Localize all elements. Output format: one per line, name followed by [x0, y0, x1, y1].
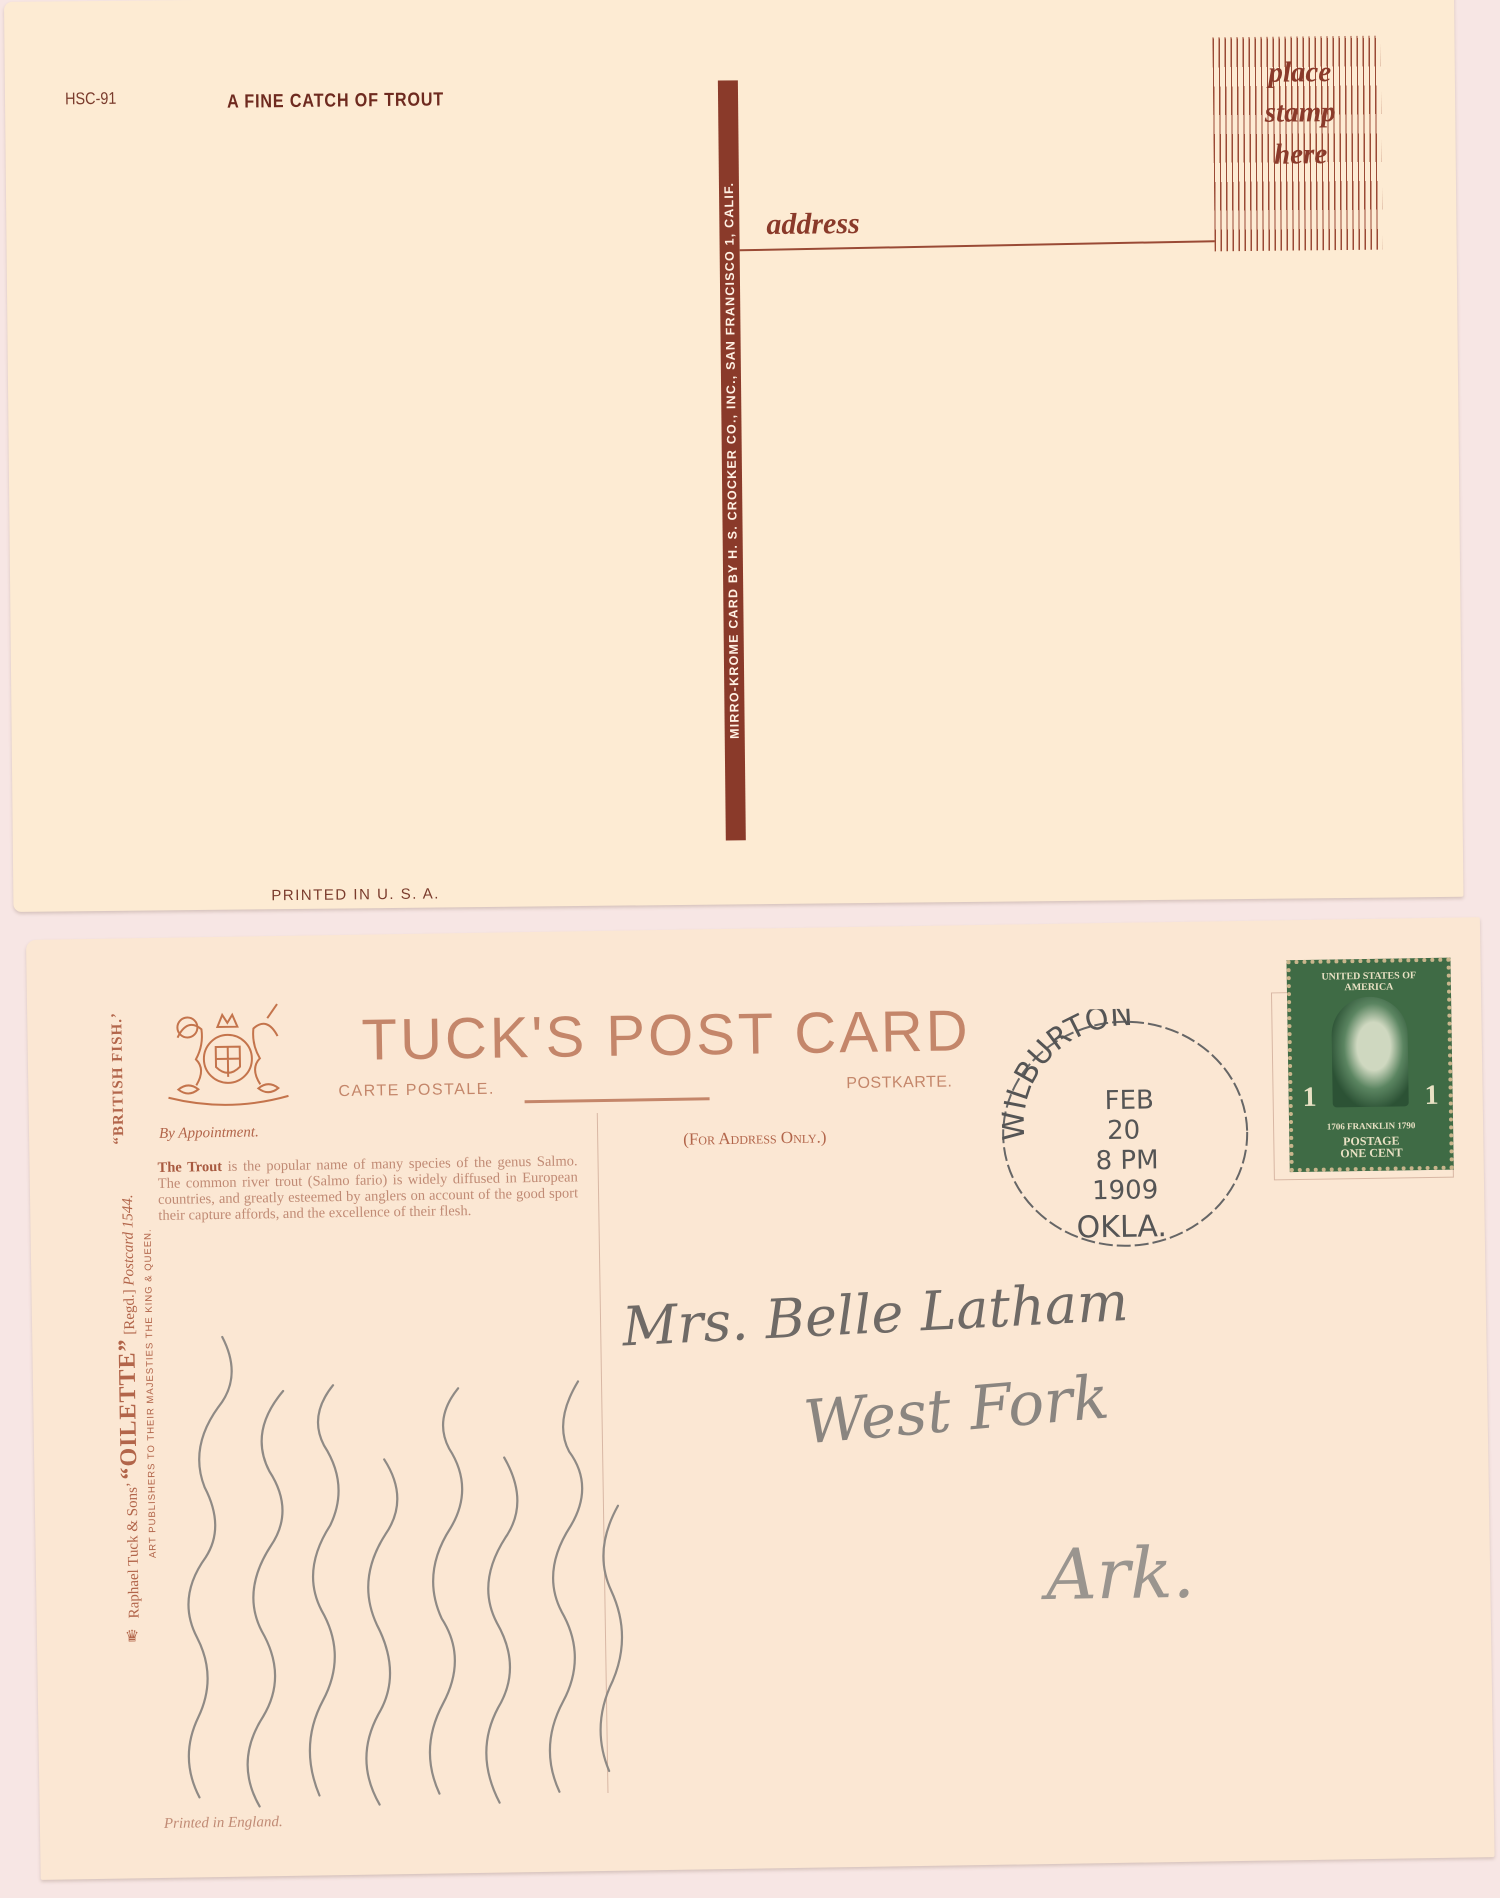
card-title: A FINE CATCH OF TROUT — [227, 89, 444, 113]
series-title: “BRITISH FISH.’ — [109, 1012, 128, 1145]
publisher-name: Raphael Tuck & Sons’ — [125, 1483, 143, 1618]
publisher-strip: MIRRO-KROME CARD BY H. S. CROCKER CO., I… — [718, 80, 746, 840]
postcard-mirro-krome: HSC-91 A FINE CATCH OF TROUT MIRRO-KROME… — [4, 0, 1463, 912]
postcard-number: Postcard 1544. — [120, 1194, 137, 1285]
address-line-2: West Fork — [801, 1363, 1112, 1459]
stamp-name: 1706 FRANKLIN 1790 — [1305, 1120, 1437, 1132]
address-line-1: Mrs. Belle Latham — [621, 1270, 1130, 1359]
stamp-value-line-2: ONE CENT — [1301, 1146, 1441, 1160]
printed-in-england: Printed in England. — [164, 1814, 283, 1833]
stamp-value: POSTAGE ONE CENT — [1301, 1134, 1441, 1160]
stamp-box-line-1: place — [1231, 58, 1369, 88]
publisher-strip-text: MIRRO-KROME CARD BY H. S. CROCKER CO., I… — [722, 182, 742, 739]
stamp-denomination-left: 1 — [1302, 1082, 1317, 1114]
small-crest-icon: ♛ — [125, 1626, 140, 1646]
handwritten-message — [149, 1151, 630, 1838]
address-label: address — [766, 207, 860, 242]
publisher-line: Raphael Tuck & Sons’ “OILETTE” [Regd.] P… — [112, 1194, 146, 1618]
address-line — [740, 240, 1215, 251]
royal-coat-of-arms-icon — [157, 996, 299, 1118]
postcard-tucks: “BRITISH FISH.’ Raphael Tuck & Sons’ “OI… — [26, 917, 1495, 1880]
stamp-denomination-right: 1 — [1424, 1080, 1439, 1112]
stamp-country: UNITED STATES OF AMERICA — [1299, 970, 1439, 994]
franklin-one-cent-stamp: UNITED STATES OF AMERICA 1 1 1706 FRANKL… — [1286, 958, 1453, 1173]
postmark-day: 20 — [1107, 1116, 1141, 1147]
heading-rule — [525, 1097, 710, 1103]
oilette-mark: “OILETTE” — [114, 1338, 142, 1479]
carte-postale: CARTE POSTALE. — [338, 1081, 495, 1101]
postmark-time: 8 PM — [1095, 1145, 1158, 1176]
stamp-placeholder-box: place stamp here — [1212, 36, 1382, 252]
stamp-box-line-3: here — [1232, 140, 1370, 170]
franklin-portrait-icon — [1331, 996, 1409, 1107]
stamp-box-line-2: stamp — [1231, 98, 1369, 128]
for-address-only: (For Address Only.) — [683, 1127, 827, 1149]
postmark-cancel: WILBURTON OKLA. FEB 20 8 PM 1909 — [993, 1007, 1257, 1261]
regd-mark: [Regd.] — [122, 1289, 139, 1335]
tucks-post-card-heading: TUCK'S POST CARD — [361, 997, 971, 1074]
postkarte: POSTKARTE. — [846, 1073, 952, 1093]
printed-in-usa: PRINTED IN U. S. A. — [271, 885, 440, 904]
by-appointment: By Appointment. — [159, 1124, 259, 1143]
postmark-state: OKLA. — [1076, 1209, 1167, 1245]
postmark-month: FEB — [1104, 1085, 1154, 1116]
postmark-year: 1909 — [1092, 1175, 1159, 1206]
card-code: HSC-91 — [65, 89, 117, 110]
address-line-3: Ark. — [1045, 1532, 1195, 1616]
